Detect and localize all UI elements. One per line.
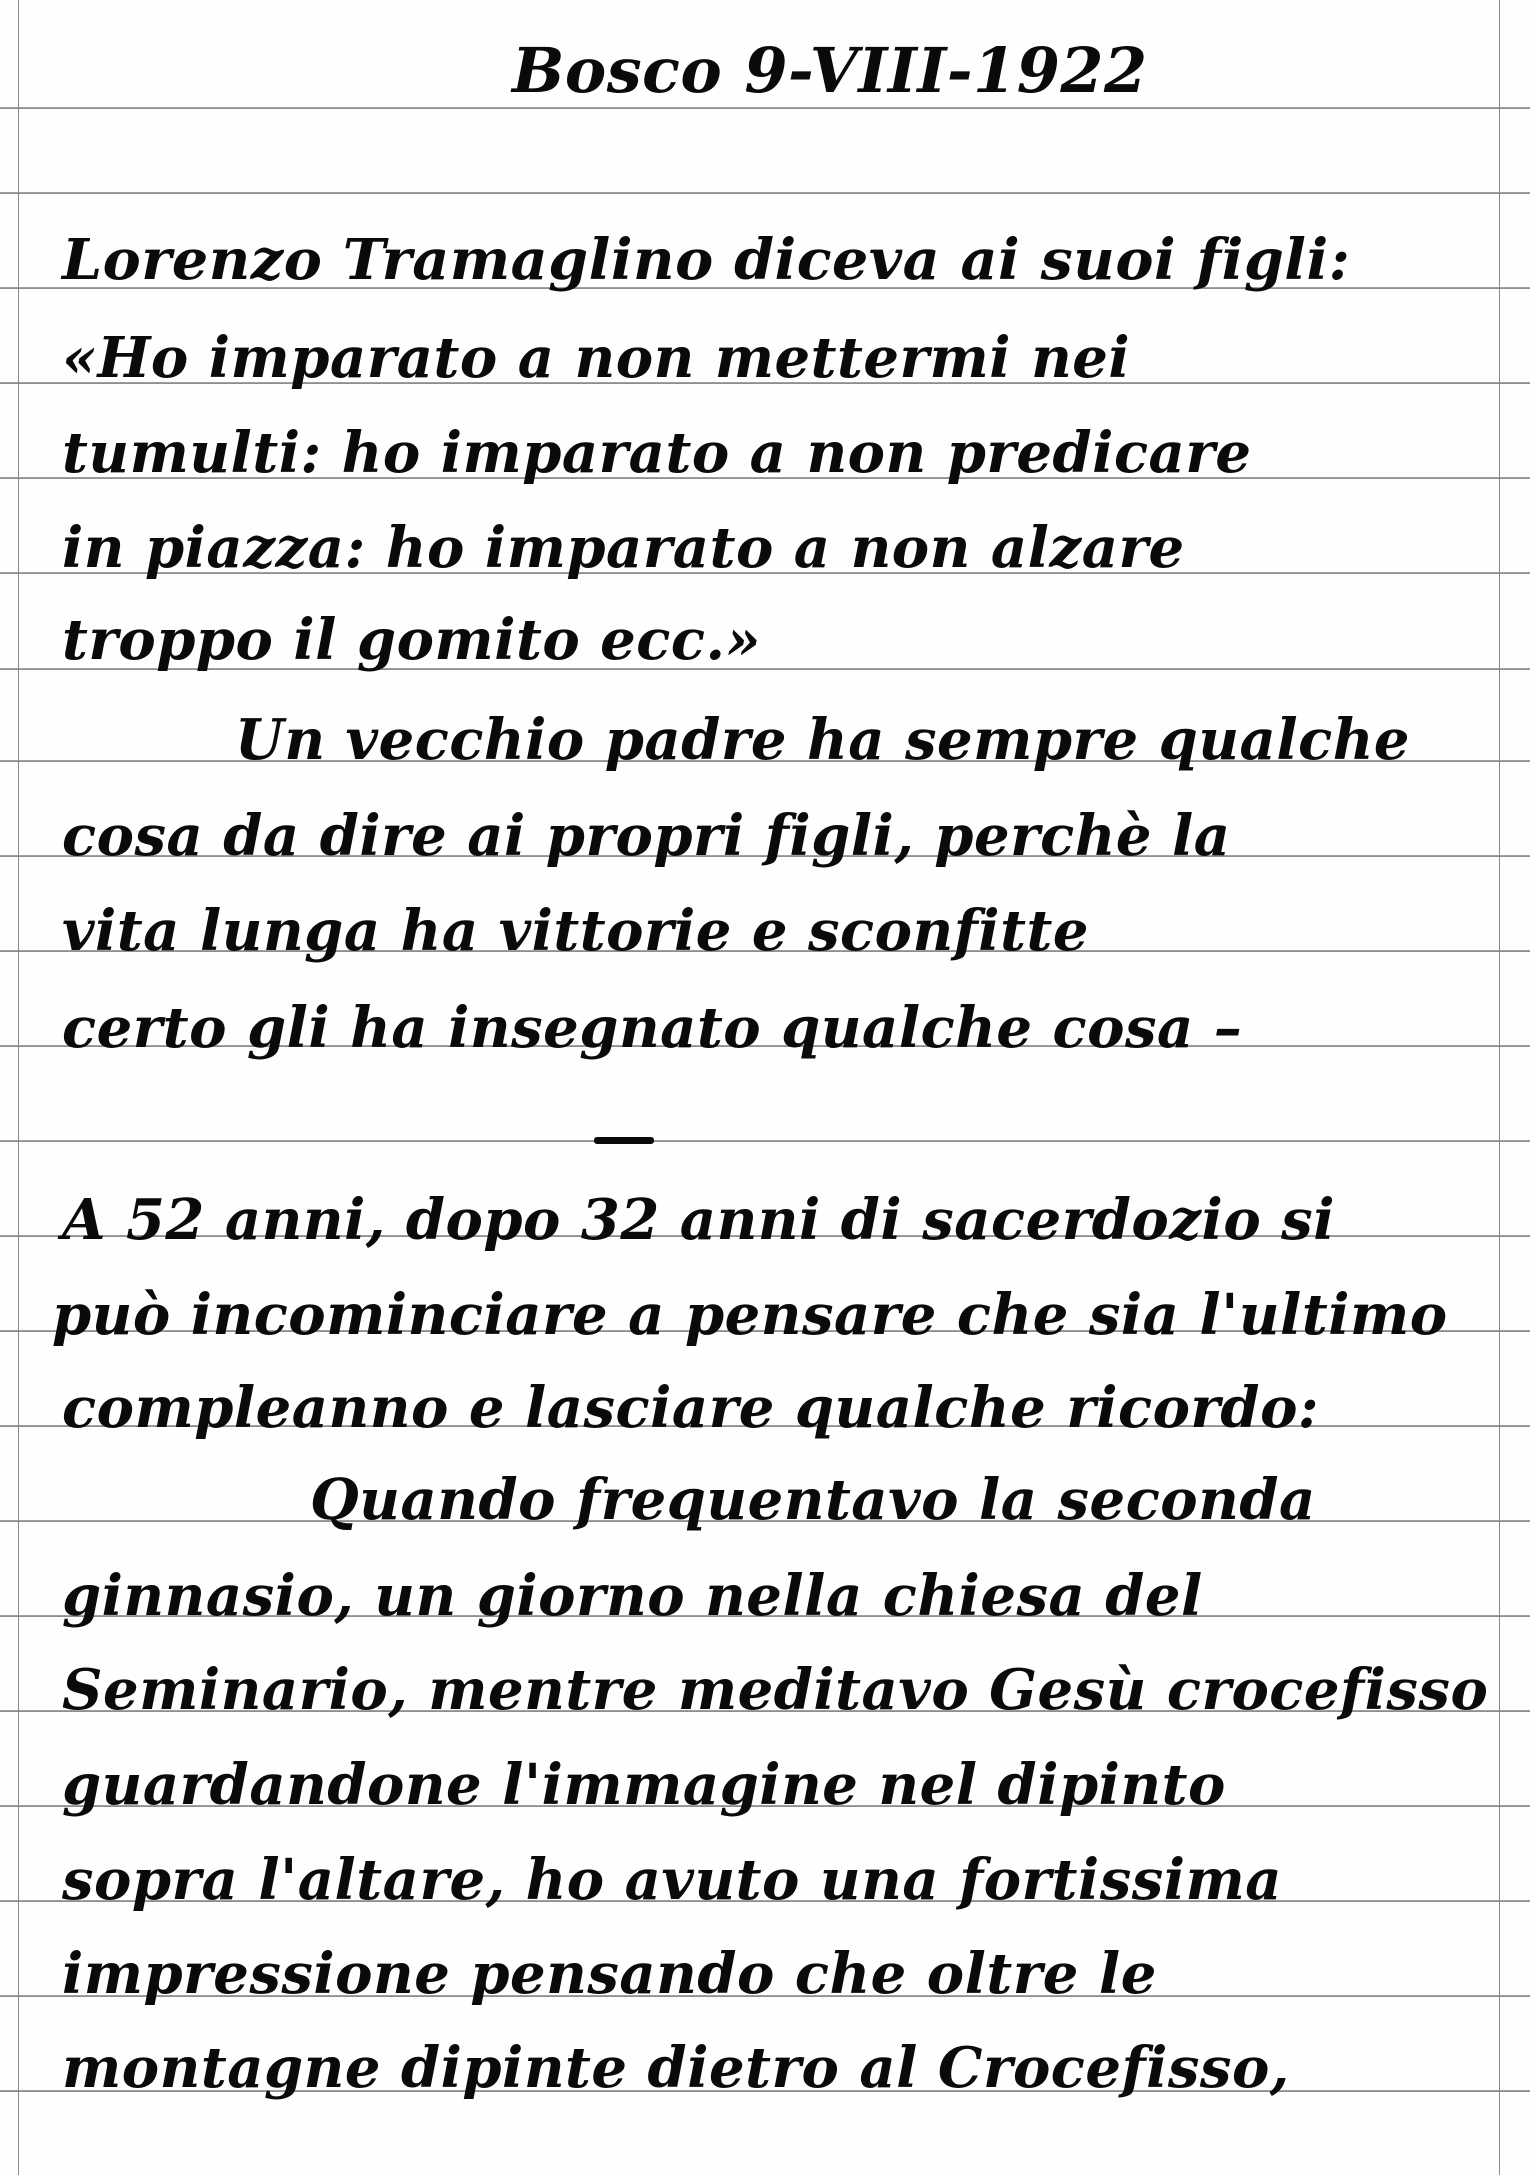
text-line: cosa da dire ai propri figli, perchè la	[62, 808, 1231, 864]
text-line: Quando frequentavo la seconda	[310, 1472, 1316, 1528]
text-line: «Ho imparato a non mettermi nei	[62, 330, 1130, 386]
text-line: montagne dipinte dietro al Crocefisso,	[62, 2040, 1290, 2096]
right-margin-line	[1499, 0, 1500, 2175]
text-line: tumulti: ho imparato a non predicare	[62, 425, 1251, 481]
text-line: certo gli ha insegnato qualche cosa –	[62, 1000, 1242, 1056]
text-line: A 52 anni, dopo 32 anni di sacerdozio si	[62, 1192, 1335, 1248]
left-margin-line	[18, 0, 19, 2175]
text-line: Un vecchio padre ha sempre qualche	[235, 712, 1410, 768]
text-line: Seminario, mentre meditavo Gesù crocefis…	[62, 1662, 1488, 1718]
ruled-line	[0, 1140, 1530, 1142]
text-line: impressione pensando che oltre le	[62, 1946, 1157, 2002]
text-line: può incominciare a pensare che sia l'ult…	[52, 1287, 1448, 1343]
ruled-line	[0, 107, 1530, 109]
text-line: guardandone l'immagine nel dipinto	[62, 1757, 1226, 1813]
section-separator	[594, 1137, 654, 1144]
text-line: in piazza: ho imparato a non alzare	[62, 520, 1185, 576]
text-line: sopra l'altare, ho avuto una fortissima	[62, 1852, 1282, 1908]
header-place-date: Bosco 9-VIII-1922	[512, 34, 1148, 107]
text-line: compleanno e lasciare qualche ricordo:	[62, 1380, 1319, 1436]
ruled-line	[0, 192, 1530, 194]
text-line: Lorenzo Tramaglino diceva ai suoi figli:	[62, 232, 1350, 288]
text-line: troppo il gomito ecc.»	[62, 612, 761, 668]
text-line: vita lunga ha vittorie e sconfitte	[62, 903, 1089, 959]
manuscript-page: Bosco 9-VIII-1922 Lorenzo Tramaglino dic…	[0, 0, 1530, 2175]
text-line: ginnasio, un giorno nella chiesa del	[62, 1568, 1203, 1624]
